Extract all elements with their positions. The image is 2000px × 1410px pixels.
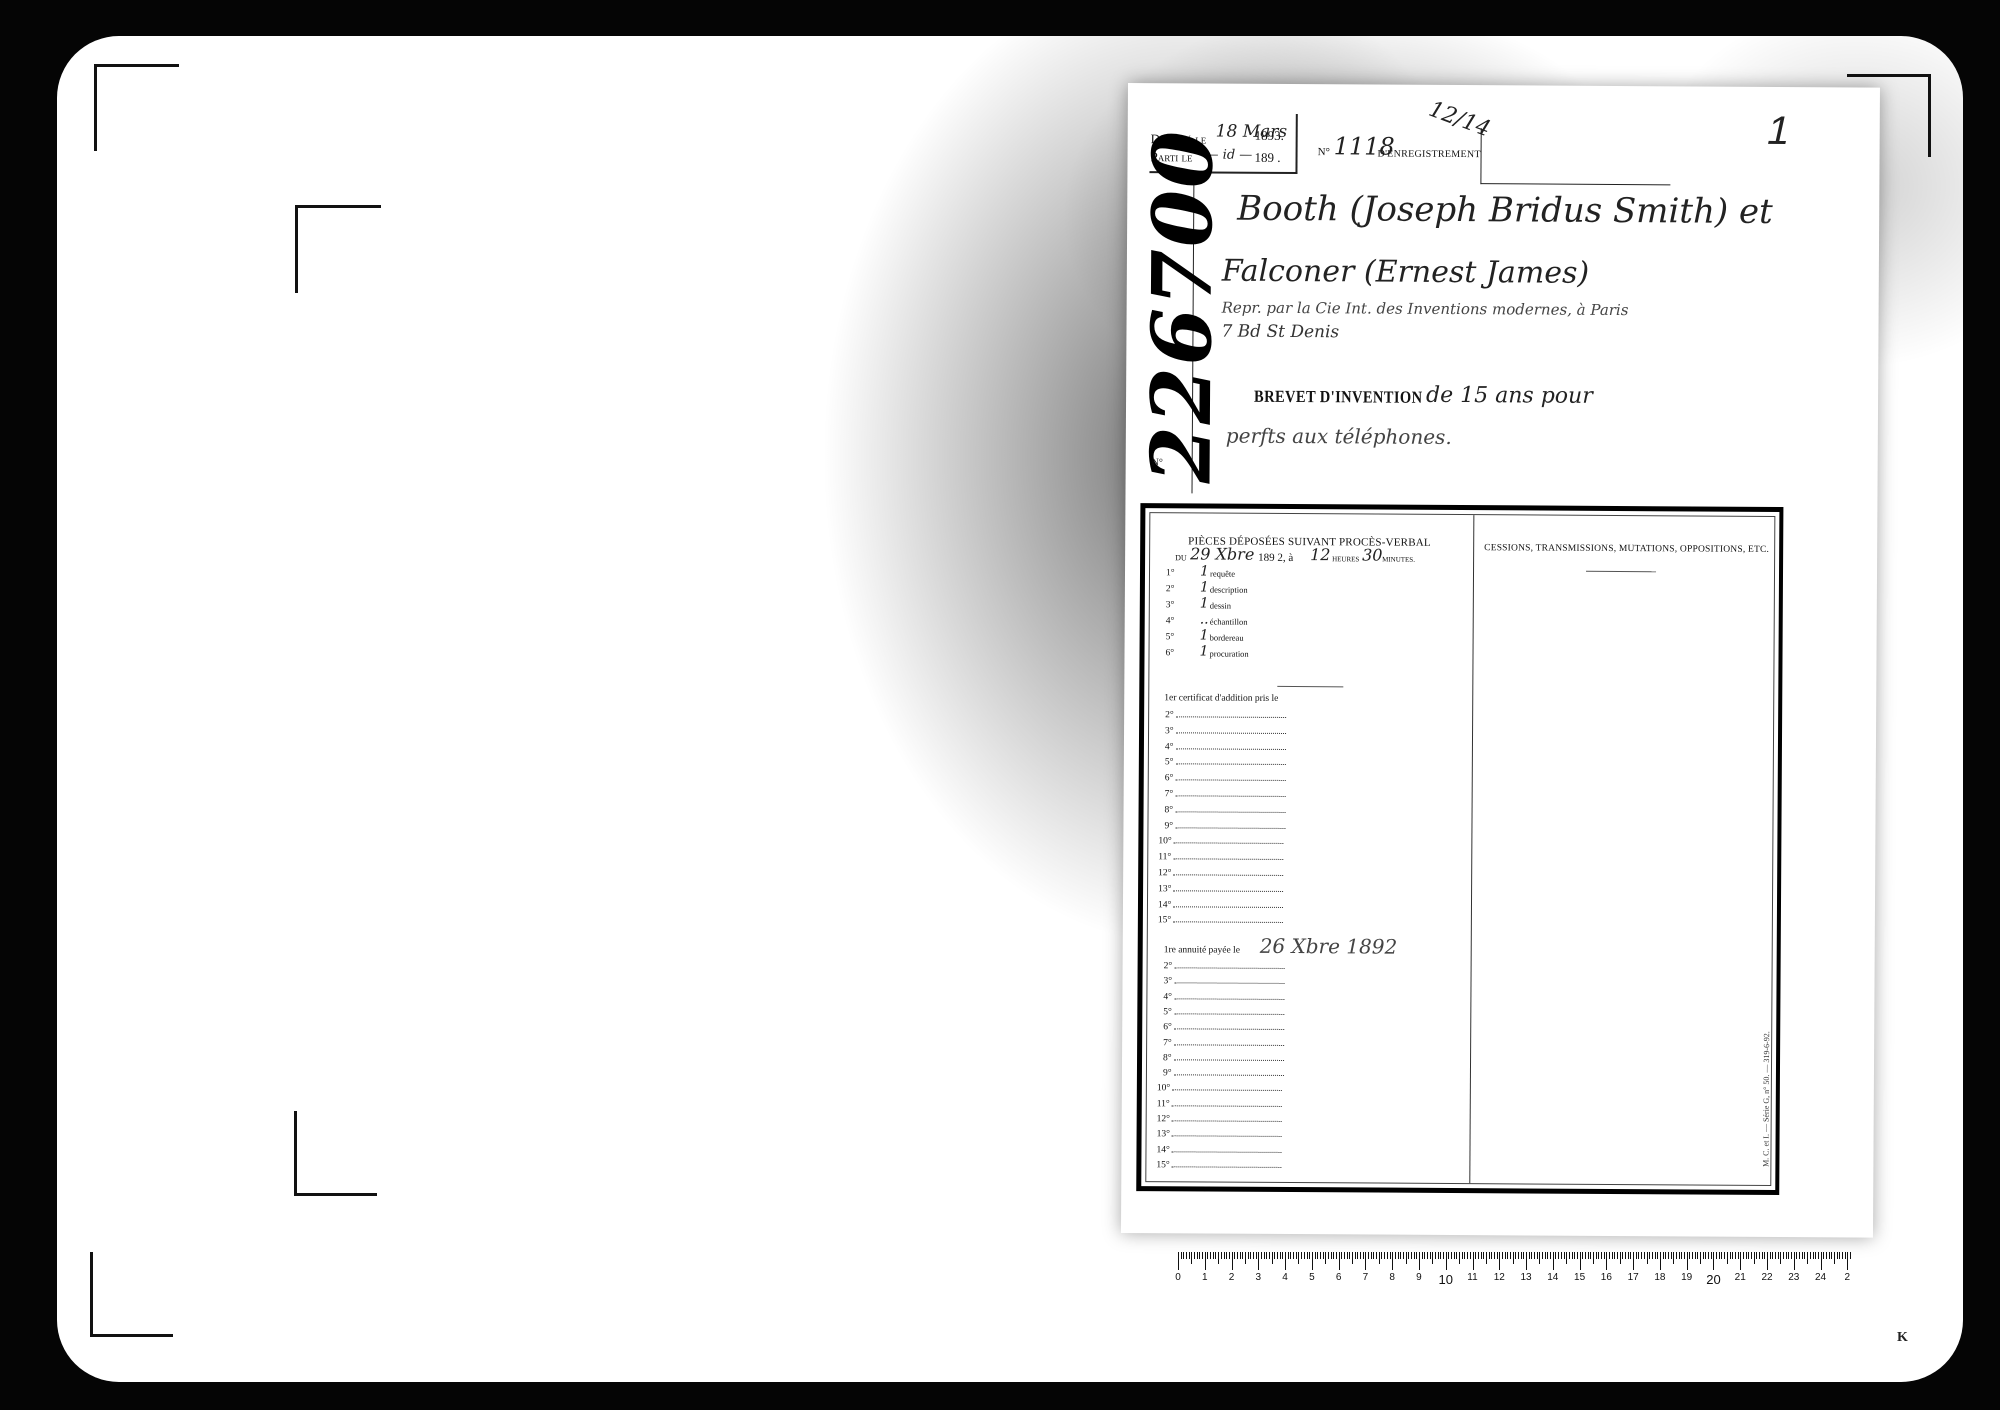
ruler-tick <box>1596 1252 1597 1259</box>
minutes-label: MINUTES. <box>1382 556 1415 564</box>
ruler-tick <box>1572 1252 1573 1259</box>
annuity-row: 11° <box>1157 1098 1282 1110</box>
ruler-tick <box>1325 1252 1326 1264</box>
certificate-row: 7° <box>1165 788 1286 800</box>
ruler-tick <box>1628 1252 1629 1259</box>
ruler-tick <box>1430 1252 1431 1259</box>
ruler-tick <box>1505 1252 1506 1259</box>
ruler-label: 16 <box>1601 1272 1612 1283</box>
ruler-tick <box>1681 1252 1682 1259</box>
annuity-row: 3° <box>1163 976 1284 988</box>
ruler-tick <box>1213 1252 1214 1259</box>
ruler-tick <box>1695 1252 1696 1259</box>
ruler-tick <box>1456 1252 1457 1259</box>
certificate-first: 1er certificat d'addition pris le <box>1164 693 1278 704</box>
ruler-tick <box>1290 1252 1291 1259</box>
ruler-tick <box>1625 1252 1626 1259</box>
ruler-tick <box>1285 1252 1286 1270</box>
ruler-tick <box>1770 1252 1771 1259</box>
column-divider <box>1469 515 1474 1183</box>
printer-imprint: M. C. et I. — Série G, n° 50. — 319-6-92… <box>1761 1031 1771 1167</box>
ruler-tick <box>1422 1252 1423 1259</box>
ruler-label: 3 <box>1256 1272 1262 1283</box>
annuity-first: 1re annuité payée le <box>1164 945 1240 955</box>
ruler-label: 22 <box>1761 1272 1772 1283</box>
ruler-tick <box>1545 1252 1546 1259</box>
annuity-row: 5° <box>1163 1006 1284 1018</box>
ruler-tick <box>1553 1252 1554 1270</box>
ruler-tick <box>1831 1252 1832 1259</box>
ruler-label: 4 <box>1282 1272 1288 1283</box>
ruler-tick <box>1649 1252 1650 1259</box>
ruler-tick <box>1746 1252 1747 1259</box>
ruler-tick <box>1181 1252 1182 1259</box>
ruler-tick <box>1740 1252 1741 1270</box>
ruler-tick <box>1207 1252 1208 1259</box>
ruler-tick <box>1478 1252 1479 1259</box>
ruler-tick <box>1767 1252 1768 1270</box>
ruler-tick <box>1301 1252 1302 1259</box>
ruler-tick <box>1687 1252 1688 1270</box>
certificate-row: 10° <box>1158 836 1283 848</box>
ruler-tick <box>1598 1252 1599 1259</box>
ruler-tick <box>1365 1252 1366 1270</box>
ruler-tick <box>1510 1252 1511 1259</box>
ruler-tick <box>1344 1252 1345 1259</box>
ruler-tick <box>1837 1252 1838 1259</box>
ruler-tick <box>1604 1252 1605 1259</box>
annuity-row: 8° <box>1163 1052 1284 1064</box>
ruler-label: 5 <box>1309 1272 1315 1283</box>
ruler-tick <box>1794 1252 1795 1270</box>
ruler-tick <box>1464 1252 1465 1259</box>
certificates-list: 2°3°4°5°6°7°8°9°10°11°12°13°14°15° <box>1150 513 1774 517</box>
piece-mark: 1 <box>1200 595 1209 611</box>
piece-mark: .. <box>1200 611 1209 627</box>
ruler-tick <box>1274 1252 1275 1259</box>
ruler-tick <box>1738 1252 1739 1259</box>
ruler-tick <box>1475 1252 1476 1259</box>
ruler-tick <box>1638 1252 1639 1259</box>
piece-number: 6° <box>1165 648 1174 658</box>
ruler-tick <box>1473 1252 1474 1270</box>
annuity-row: 13° <box>1157 1128 1282 1140</box>
ruler-tick <box>1349 1252 1350 1259</box>
ruler-tick <box>1601 1252 1602 1259</box>
ruler-tick <box>1245 1252 1246 1264</box>
ruler-tick <box>1432 1252 1433 1264</box>
certificate-row: 5° <box>1165 757 1286 769</box>
ruler-tick <box>1459 1252 1460 1264</box>
patent-number: 226700 <box>1134 129 1232 484</box>
ruler-tick <box>1713 1252 1714 1270</box>
ruler-tick <box>1537 1252 1538 1259</box>
ruler-tick <box>1804 1252 1805 1259</box>
ruler-label: 23 <box>1788 1272 1799 1283</box>
ruler-tick <box>1258 1252 1259 1270</box>
ruler-tick <box>1735 1252 1736 1259</box>
ruler-tick <box>1721 1252 1722 1259</box>
annuity-row: 2° <box>1164 960 1285 972</box>
ruler-tick <box>1521 1252 1522 1259</box>
cessions-separator <box>1586 571 1656 572</box>
ruler-tick <box>1443 1252 1444 1259</box>
ruler-tick <box>1839 1252 1840 1259</box>
ruler-tick <box>1534 1252 1535 1259</box>
ruler-tick <box>1518 1252 1519 1259</box>
ruler-tick <box>1191 1252 1192 1264</box>
ruler-tick <box>1574 1252 1575 1259</box>
separator-line <box>1277 686 1343 687</box>
ruler-tick <box>1620 1252 1621 1264</box>
ruler-tick <box>1788 1252 1789 1259</box>
ruler-tick <box>1435 1252 1436 1259</box>
ruler-label: 21 <box>1735 1272 1746 1283</box>
ruler-tick <box>1821 1252 1822 1270</box>
annuity-row: 7° <box>1163 1037 1284 1049</box>
crop-mark-bottom-left-outer <box>90 1252 173 1337</box>
ruler-label: 15 <box>1574 1272 1585 1283</box>
ruler-tick <box>1454 1252 1455 1259</box>
ruler-tick <box>1684 1252 1685 1259</box>
ruler-tick <box>1499 1252 1500 1270</box>
ruler-tick <box>1307 1252 1308 1259</box>
ruler-tick <box>1764 1252 1765 1259</box>
ruler-tick <box>1486 1252 1487 1264</box>
ruler-tick <box>1679 1252 1680 1259</box>
ruler-tick <box>1748 1252 1749 1259</box>
ruler-tick <box>1539 1252 1540 1264</box>
ruler-tick <box>1502 1252 1503 1259</box>
ruler-tick <box>1775 1252 1776 1259</box>
ruler-tick <box>1588 1252 1589 1259</box>
ruler-tick <box>1810 1252 1811 1259</box>
ruler-tick <box>1786 1252 1787 1259</box>
ruler-tick <box>1732 1252 1733 1259</box>
ruler-tick <box>1411 1252 1412 1259</box>
scale-ruler: 0123456789101112131415161718192021222324… <box>1178 1252 1850 1298</box>
ruler-label: 14 <box>1547 1272 1558 1283</box>
ruler-tick <box>1240 1252 1241 1259</box>
ruler-tick <box>1590 1252 1591 1259</box>
annuity-first-value: 26 Xbre 1892 <box>1260 934 1398 959</box>
ruler-tick <box>1483 1252 1484 1259</box>
ruler-tick <box>1641 1252 1642 1259</box>
ruler-tick <box>1371 1252 1372 1259</box>
ruler-tick <box>1298 1252 1299 1264</box>
ruler-tick <box>1569 1252 1570 1259</box>
ruler-tick <box>1507 1252 1508 1259</box>
ruler-label: 9 <box>1416 1272 1422 1283</box>
ruler-tick <box>1566 1252 1567 1264</box>
ruler-tick <box>1234 1252 1235 1259</box>
ruler-tick <box>1194 1252 1195 1259</box>
ruler-tick <box>1815 1252 1816 1259</box>
ruler-tick <box>1829 1252 1830 1259</box>
ruler-tick <box>1186 1252 1187 1259</box>
ruler-tick <box>1606 1252 1607 1270</box>
ruler-tick <box>1381 1252 1382 1259</box>
minutes-value: 30 <box>1362 545 1382 564</box>
ruler-tick <box>1730 1252 1731 1259</box>
ruler-tick <box>1205 1252 1206 1270</box>
ruler-tick <box>1523 1252 1524 1259</box>
ruler-tick <box>1609 1252 1610 1259</box>
ruler-tick <box>1826 1252 1827 1259</box>
ruler-tick <box>1676 1252 1677 1259</box>
ruler-tick <box>1754 1252 1755 1264</box>
ruler-tick <box>1379 1252 1380 1264</box>
ruler-tick <box>1221 1252 1222 1259</box>
certificate-row: 3° <box>1165 725 1286 737</box>
ruler-tick <box>1555 1252 1556 1259</box>
ruler-label: 2 <box>1845 1272 1851 1283</box>
form-inner-border: PIÈCES DÉPOSÉES SUIVANT PROCÈS-VERBAL DU… <box>1145 512 1775 1186</box>
ruler-tick <box>1224 1252 1225 1259</box>
ruler-tick <box>1772 1252 1773 1259</box>
ruler-tick <box>1462 1252 1463 1259</box>
ruler-label: 10 <box>1438 1272 1452 1287</box>
ruler-tick <box>1550 1252 1551 1259</box>
ruler-tick <box>1427 1252 1428 1259</box>
ruler-tick <box>1272 1252 1273 1264</box>
ruler-tick <box>1673 1252 1674 1264</box>
piece-number: 2° <box>1166 584 1175 594</box>
ruler-tick <box>1834 1252 1835 1264</box>
piece-mark: 1 <box>1199 643 1208 659</box>
crop-mark-top-left-outer <box>94 64 179 151</box>
ruler-tick <box>1845 1252 1846 1259</box>
ruler-tick <box>1796 1252 1797 1259</box>
certificate-row: 6° <box>1165 772 1286 784</box>
ruler-tick <box>1633 1252 1634 1270</box>
ruler-tick <box>1253 1252 1254 1259</box>
ruler-tick <box>1727 1252 1728 1264</box>
ruler-tick <box>1489 1252 1490 1259</box>
ruler-label: 13 <box>1520 1272 1531 1283</box>
ruler-tick <box>1647 1252 1648 1264</box>
ruler-label: 8 <box>1389 1272 1395 1283</box>
ruler-label: 6 <box>1336 1272 1342 1283</box>
ruler-tick <box>1390 1252 1391 1259</box>
ruler-tick <box>1716 1252 1717 1259</box>
ruler-tick <box>1280 1252 1281 1259</box>
ruler-tick <box>1689 1252 1690 1259</box>
ruler-tick <box>1264 1252 1265 1259</box>
ruler-tick <box>1697 1252 1698 1259</box>
ruler-tick <box>1700 1252 1701 1264</box>
certificate-row: 2° <box>1165 709 1286 721</box>
ruler-tick <box>1323 1252 1324 1259</box>
ruler-tick <box>1705 1252 1706 1259</box>
ruler-tick <box>1802 1252 1803 1259</box>
ruler-tick <box>1630 1252 1631 1259</box>
certificate-row: 8° <box>1165 804 1286 816</box>
ruler-tick <box>1491 1252 1492 1259</box>
ruler-tick <box>1355 1252 1356 1259</box>
annuity-row: 14° <box>1156 1144 1281 1156</box>
annuity-row: 4° <box>1163 991 1284 1003</box>
ruler-tick <box>1277 1252 1278 1259</box>
ruler-tick <box>1724 1252 1725 1259</box>
ruler-tick <box>1655 1252 1656 1259</box>
ruler-tick <box>1368 1252 1369 1259</box>
piece-label: procuration <box>1209 649 1248 659</box>
stamp-box <box>1480 128 1670 185</box>
annuities-list: 2°3°4°5°6°7°8°9°10°11°12°13°14°15° <box>1150 513 1774 517</box>
certificate-row: 9° <box>1164 820 1285 832</box>
ruler-tick <box>1617 1252 1618 1259</box>
certificate-row: 11° <box>1158 851 1283 863</box>
title-line-2: perfts aux téléphones. <box>1226 424 1452 449</box>
ruler-tick <box>1424 1252 1425 1259</box>
ruler-tick <box>1842 1252 1843 1259</box>
ruler-tick <box>1392 1252 1393 1270</box>
annuity-row: 12° <box>1157 1113 1282 1125</box>
piece-label: dessin <box>1210 601 1231 611</box>
ruler-tick <box>1336 1252 1337 1259</box>
ruler-label: 11 <box>1467 1272 1477 1283</box>
ruler-tick <box>1328 1252 1329 1259</box>
patent-record-sheet: Délivré le 18 Mars 1893. Parti le — id —… <box>1121 83 1880 1238</box>
ruler-tick <box>1341 1252 1342 1259</box>
applicant-line-2: Falconer (Ernest James) <box>1222 254 1590 291</box>
ruler-tick <box>1558 1252 1559 1259</box>
ruler-tick <box>1315 1252 1316 1259</box>
ruler-tick <box>1293 1252 1294 1259</box>
ruler-tick <box>1395 1252 1396 1259</box>
ruler-tick <box>1756 1252 1757 1259</box>
ruler-label: 17 <box>1628 1272 1639 1283</box>
ruler-tick <box>1360 1252 1361 1259</box>
crop-mark-top-left-inner <box>295 205 381 293</box>
ruler-label: 20 <box>1706 1272 1720 1287</box>
ruler-tick <box>1711 1252 1712 1259</box>
piece-mark: 1 <box>1200 579 1209 595</box>
annuity-row: 9° <box>1163 1067 1284 1079</box>
certificate-row: 14° <box>1158 899 1283 911</box>
piece-mark: 1 <box>1200 627 1209 643</box>
ruler-tick <box>1282 1252 1283 1259</box>
ruler-tick <box>1183 1252 1184 1259</box>
ruler-tick <box>1232 1252 1233 1270</box>
ruler-tick <box>1339 1252 1340 1270</box>
ruler-tick <box>1178 1252 1179 1270</box>
ruler-tick <box>1481 1252 1482 1259</box>
du-value: 29 Xbre <box>1190 544 1254 563</box>
piece-label: bordereau <box>1210 633 1244 643</box>
ruler-label: 24 <box>1815 1272 1826 1283</box>
ruler-tick <box>1497 1252 1498 1259</box>
ruler-tick <box>1320 1252 1321 1259</box>
ruler-tick <box>1210 1252 1211 1259</box>
certificate-row: 4° <box>1165 741 1286 753</box>
hour-label: HEURES <box>1332 555 1359 563</box>
ruler-tick <box>1513 1252 1514 1264</box>
ruler-tick <box>1398 1252 1399 1259</box>
ruler-tick <box>1333 1252 1334 1259</box>
ruler-tick <box>1580 1252 1581 1270</box>
applicant-line-3: Repr. par la Cie Int. des Inventions mod… <box>1222 299 1629 319</box>
ruler-tick <box>1762 1252 1763 1259</box>
ruler-tick <box>1414 1252 1415 1259</box>
ruler-tick <box>1419 1252 1420 1270</box>
ruler-tick <box>1440 1252 1441 1259</box>
ruler-tick <box>1783 1252 1784 1259</box>
hour-value: 12 <box>1310 545 1330 564</box>
ruler-tick <box>1467 1252 1468 1259</box>
ruler-tick <box>1850 1252 1851 1259</box>
ruler-tick <box>1671 1252 1672 1259</box>
ruler-tick <box>1242 1252 1243 1259</box>
ruler-tick <box>1547 1252 1548 1259</box>
ruler-tick <box>1823 1252 1824 1259</box>
ruler-tick <box>1261 1252 1262 1259</box>
ruler-tick <box>1384 1252 1385 1259</box>
ruler-tick <box>1652 1252 1653 1259</box>
page-marker: 1 <box>1763 109 1795 154</box>
ruler-tick <box>1250 1252 1251 1259</box>
certificate-row: 13° <box>1158 883 1283 895</box>
ruler-tick <box>1780 1252 1781 1264</box>
annuity-row: 6° <box>1163 1021 1284 1033</box>
piece-label: requête <box>1210 569 1235 579</box>
ruler-tick <box>1665 1252 1666 1259</box>
ruler-tick <box>1708 1252 1709 1259</box>
ruler-tick <box>1317 1252 1318 1259</box>
ruler-tick <box>1703 1252 1704 1259</box>
piece-mark: 1 <box>1200 563 1209 579</box>
ruler-tick <box>1585 1252 1586 1259</box>
ruler-label: 0 <box>1175 1272 1181 1283</box>
ruler-tick <box>1778 1252 1779 1259</box>
patent-number-prefix: N° <box>1152 457 1163 468</box>
pieces-list: 1°1requête2°1description3°1dessin4°..éch… <box>1150 513 1774 517</box>
ruler-tick <box>1515 1252 1516 1259</box>
ruler-tick <box>1197 1252 1198 1259</box>
piece-label: échantillon <box>1210 617 1248 627</box>
ruler-tick <box>1357 1252 1358 1259</box>
du-label: DU <box>1175 553 1187 562</box>
brevet-label: BREVET D'INVENTION <box>1254 387 1422 408</box>
ruler-tick <box>1818 1252 1819 1259</box>
ruler-tick <box>1564 1252 1565 1259</box>
ruler-tick <box>1448 1252 1449 1259</box>
certificate-row: 15° <box>1158 915 1283 927</box>
annuity-row: 15° <box>1156 1159 1281 1171</box>
ruler-tick <box>1403 1252 1404 1259</box>
registration-prefix: N° <box>1318 146 1330 158</box>
ruler-tick <box>1719 1252 1720 1259</box>
ruler-tick <box>1657 1252 1658 1259</box>
ruler-label: 2 <box>1229 1272 1235 1283</box>
ruler-tick <box>1614 1252 1615 1259</box>
cessions-heading: CESSIONS, TRANSMISSIONS, MUTATIONS, OPPO… <box>1484 543 1769 555</box>
ruler-tick <box>1813 1252 1814 1259</box>
ruler-tick <box>1406 1252 1407 1264</box>
ruler-tick <box>1743 1252 1744 1259</box>
ruler-label: 18 <box>1654 1272 1665 1283</box>
ruler-tick <box>1189 1252 1190 1259</box>
ruler-tick <box>1256 1252 1257 1259</box>
ruler-tick <box>1387 1252 1388 1259</box>
ruler-tick <box>1593 1252 1594 1264</box>
ruler-tick <box>1791 1252 1792 1259</box>
ruler-tick <box>1542 1252 1543 1259</box>
ruler-tick <box>1309 1252 1310 1259</box>
ruler-tick <box>1660 1252 1661 1270</box>
ruler-tick <box>1759 1252 1760 1259</box>
